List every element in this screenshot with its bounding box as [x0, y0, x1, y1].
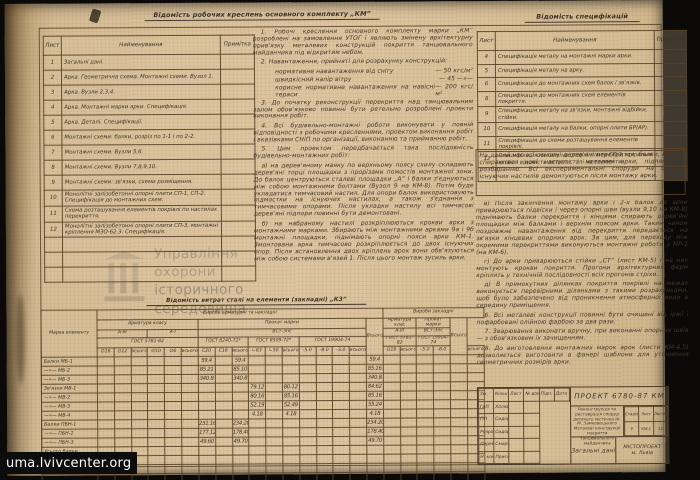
note-paragraph: 7. Зварювання виконати вручну, при викон… [477, 328, 689, 343]
cell [221, 114, 255, 129]
cell: Дата [554, 388, 569, 401]
cell: 80.12 [282, 383, 299, 392]
cell: 80.16 [249, 392, 266, 401]
cell [97, 375, 114, 384]
cell: Лист [639, 407, 653, 422]
cell [316, 419, 333, 428]
cell [467, 373, 484, 382]
cell: Монтажні схеми: Вузли 5,6. [62, 144, 221, 160]
cell [316, 464, 333, 473]
cell: 231.16 [198, 420, 215, 429]
cell: Монтажні схеми: Вузли 7,8,9,10. [62, 159, 221, 175]
cell [131, 366, 148, 375]
cell [384, 454, 401, 463]
cell [333, 383, 350, 392]
table-row [45, 266, 256, 282]
cell: 234.20 [232, 419, 249, 428]
cell [232, 401, 249, 410]
cell [383, 418, 400, 427]
col-note: Примітка [654, 30, 686, 49]
cell [299, 410, 316, 419]
cell [283, 473, 300, 480]
cell: Специфікація металу на зв'язки, монтажні… [496, 106, 655, 123]
cell: Балки МБ-1 [41, 357, 97, 366]
size-col: ∟50 [265, 347, 282, 356]
cell [265, 365, 282, 374]
cell: 12 [44, 222, 62, 238]
cell [216, 474, 233, 480]
cell [198, 393, 215, 402]
cell [400, 418, 417, 427]
cell: Кільк. [494, 388, 509, 401]
cell [655, 90, 687, 106]
cell [63, 251, 222, 267]
title-block: Зм.Кільк.Лист№ док.Підп.Дата ГАПХолявкаГ… [477, 386, 669, 465]
title-block-right: ПРОЕКТ 6780-87 КМ Реконструкція та реста… [571, 387, 668, 464]
cell: 178.40 [232, 428, 249, 437]
cell [216, 456, 233, 465]
cell: Сидорова [494, 413, 509, 426]
cell [450, 373, 467, 382]
cell [299, 428, 316, 437]
cell [221, 189, 255, 205]
cell [114, 366, 131, 375]
cell [114, 375, 131, 384]
cell [451, 409, 468, 418]
cell [249, 437, 266, 446]
cell [221, 129, 255, 144]
size-col: всього [232, 347, 249, 356]
table-row: 4Арка. Монтажні марки арки. Специфікація… [44, 99, 255, 115]
cell [451, 418, 468, 427]
cell [266, 392, 283, 401]
cell [383, 400, 400, 409]
table-row: 11Схема розташування елементів покрівлі … [44, 205, 255, 222]
cell: 177.12 [199, 429, 216, 438]
cell [215, 420, 232, 429]
cell [350, 428, 367, 437]
cell [165, 384, 182, 393]
cell [384, 436, 401, 445]
note-paragraph: 8. До виготовлення монтажних марок арок … [477, 344, 689, 366]
table-row: 2Арка. Геометрична схема. Монтажні схеми… [43, 69, 254, 85]
table-row: РКМ-112 [625, 421, 668, 436]
table-row: 12Монолітні залізобетонні опорні плити С… [44, 220, 255, 237]
cell [182, 465, 199, 474]
cell [165, 438, 182, 447]
cell [115, 474, 132, 480]
hdr-arm-class: Арматура класу [97, 319, 198, 330]
cell [524, 451, 539, 464]
cell: Арка. Монтажні марки арки. Специфікація. [62, 99, 221, 115]
cell: 178.40 [367, 428, 384, 437]
cell [221, 84, 255, 99]
cell: Лист [509, 388, 524, 401]
table-row: Н. контр.Присяжнюк [479, 451, 570, 464]
cell [655, 121, 687, 135]
cell [299, 383, 316, 392]
cell [114, 402, 131, 411]
logo-base [104, 296, 144, 301]
table-row: 1Загальні дані. [43, 54, 254, 70]
cell [655, 76, 687, 90]
cell [417, 472, 434, 480]
note-paragraph: б) на набраному настилі розкріплюються к… [254, 220, 474, 263]
cell [467, 364, 484, 373]
cell: 49.70 [232, 437, 249, 446]
cell [222, 251, 256, 266]
cell [417, 355, 434, 364]
cell [221, 159, 255, 174]
cell [316, 392, 333, 401]
cell [434, 391, 451, 400]
table-row: 6Монтажні схеми: балки, розріз по 1-1 і … [44, 129, 255, 145]
cell [199, 456, 216, 465]
col-name: Найменування [61, 35, 220, 55]
table-row: 10Специфікація металу на балки, опорні п… [478, 121, 687, 136]
cell [524, 401, 539, 414]
cell [333, 437, 350, 446]
paper-sheet: Управління охорони історичного середовищ… [5, 0, 666, 476]
size-col: всього [181, 348, 198, 357]
cell: 4.18 [249, 410, 266, 419]
hdr-z-prokat: Прокат марки [416, 318, 450, 328]
cell [433, 355, 450, 364]
size-col: всього [131, 348, 148, 357]
cell [509, 401, 524, 414]
note-paragraph: 3. До початку реконструкції перекриття н… [253, 99, 473, 121]
cell [316, 356, 333, 365]
stage-table: СтадіяЛистЛистівРКМ-112 [624, 406, 668, 436]
hdr-total: Всього [366, 318, 383, 355]
cell: 8 [478, 91, 496, 107]
sheet-title: Загальні дані [571, 437, 615, 463]
cell: Арка. Вузли 2,3,4. [62, 84, 221, 100]
cell: 52.49 [282, 401, 299, 410]
scan-smudge [89, 8, 102, 23]
cell [299, 392, 316, 401]
cell: Підп. [539, 388, 554, 401]
cell: КМ-1 [639, 421, 653, 436]
cell: —»— МВ-3 [42, 402, 98, 411]
cell [216, 465, 233, 474]
cell [232, 464, 249, 473]
cell [350, 437, 367, 446]
cell [148, 366, 165, 375]
cell [131, 420, 148, 429]
note-paragraph: 6. Всі металеві конструкції повинні бути… [476, 312, 688, 327]
cell [148, 402, 165, 411]
cell [221, 99, 255, 114]
cell [249, 473, 266, 480]
hdr-z-vst: ВСт-3пс [416, 328, 450, 336]
col-sheet: Лист [43, 36, 61, 55]
table-row: 8Монтажні схеми: Вузли 7,8,9,10. [44, 159, 255, 175]
cell [655, 106, 687, 122]
cell [165, 402, 182, 411]
cell [400, 427, 417, 436]
cell [98, 474, 115, 480]
cell [654, 49, 686, 63]
cell [182, 393, 199, 402]
cell [198, 384, 215, 393]
cell: 85.16 [282, 392, 299, 401]
cell: Холявка [494, 401, 509, 414]
cell [299, 401, 316, 410]
drawings-list-table: Лист Найменування Примітка 1Загальні дан… [43, 34, 257, 283]
cell [300, 455, 317, 464]
cell [434, 472, 451, 480]
cell [400, 436, 417, 445]
cell [232, 455, 249, 464]
table-row: 5Специфікація металу на арку. [477, 63, 686, 78]
cell [333, 473, 350, 480]
cell [220, 54, 254, 69]
cell: 340.8 [198, 375, 215, 384]
cell [350, 392, 367, 401]
group-embedded: Вироби закладні [383, 308, 484, 319]
cell [114, 357, 131, 366]
cell [400, 400, 417, 409]
cell: 340.8 [232, 374, 249, 383]
cell: Листів [653, 406, 667, 421]
cell [434, 445, 451, 454]
cell: 5 [44, 115, 62, 130]
cell [148, 465, 165, 474]
cell [434, 418, 451, 427]
cell: 4 [477, 51, 495, 65]
hdr-gost-8509: ГОСТ 8509-72* [248, 337, 298, 347]
cell: 85.16 [366, 392, 383, 401]
organization-city: м. Львів [631, 450, 653, 456]
load-value: — 45 —»— [439, 76, 473, 83]
cell [165, 420, 182, 429]
cell: —»— МВ-4 [42, 411, 98, 420]
cell [266, 446, 283, 455]
cell [132, 474, 149, 480]
cell [266, 419, 283, 428]
cell [249, 356, 266, 365]
cell [367, 464, 384, 473]
cell [283, 464, 300, 473]
cell [222, 266, 256, 281]
cell [249, 374, 266, 383]
cell [63, 266, 222, 282]
table-row: 6Специфікація до монтажних схем балок і … [478, 76, 687, 91]
cell [316, 401, 333, 410]
cell: 2 [43, 70, 61, 85]
table-row: ПеревіривСмирнова [479, 438, 570, 451]
table-row: ГІПСидорова [479, 413, 570, 426]
cell [181, 357, 198, 366]
size-col: всього [467, 346, 484, 355]
cell [316, 365, 333, 374]
cell: 4 [44, 100, 62, 115]
cell: ГАП [478, 401, 493, 414]
cell [266, 437, 283, 446]
cell [215, 411, 232, 420]
cell [165, 456, 182, 465]
cell [400, 355, 417, 364]
hdr-z-class: Арматура клас [383, 318, 417, 328]
table-row [45, 251, 256, 267]
hdr-gost-19904: ГОСТ 19904-74 [299, 336, 366, 347]
cell: № док. [524, 388, 539, 401]
cell [417, 391, 434, 400]
load-value: — 50 кгс/м² [435, 68, 473, 75]
cell [265, 374, 282, 383]
cell [97, 393, 114, 402]
cell [114, 420, 131, 429]
load-label: нормативне навантаження від снігу [275, 68, 394, 76]
cell [114, 429, 131, 438]
cell: 85.10 [232, 365, 249, 374]
cell [215, 393, 232, 402]
cell [165, 411, 182, 420]
cell [221, 205, 255, 221]
cell: 10 [478, 123, 496, 137]
size-col: всього [400, 346, 417, 355]
cell [215, 384, 232, 393]
header-row: Лист Найменування Примітка [43, 35, 254, 55]
size-col: ∅6 [164, 348, 181, 357]
cell [417, 382, 434, 391]
note-paragraph: 2. Навантаження, прийняті для розрахунку… [253, 58, 473, 66]
cell [221, 220, 255, 236]
size-col: -3.0 [333, 347, 350, 356]
cell [524, 438, 539, 451]
table-row: 9Монтажні схеми: зв'язки, схеми розміщен… [44, 174, 255, 190]
cell [114, 384, 131, 393]
cell [417, 418, 434, 427]
title-block-bottom: Загальні дані МІСТОПРОЕКТ м. Львів [571, 437, 668, 464]
cell [450, 355, 467, 364]
cell [199, 447, 216, 456]
note-paragraph: 1. Робочі креслення основного комплекту … [253, 28, 473, 57]
cell [417, 463, 434, 472]
size-col: -5.0 [417, 346, 434, 355]
cell [300, 464, 317, 473]
cell [333, 428, 350, 437]
cell: —»— МВ-2 [41, 393, 97, 402]
cell [333, 446, 350, 455]
cell [131, 411, 148, 420]
cell: Смирнова [494, 438, 509, 451]
cell [165, 447, 182, 456]
cell [148, 375, 165, 384]
cell: 84.62 [366, 383, 383, 392]
cell: 85.16 [366, 365, 383, 374]
size-col: всього [282, 347, 299, 356]
cell [509, 438, 524, 451]
cell [98, 420, 115, 429]
cell [181, 366, 198, 375]
cell [417, 373, 434, 382]
cell: 8 [44, 160, 62, 175]
cell: 59.4 [198, 357, 215, 366]
cell [182, 474, 199, 480]
size-col: ∅10 [148, 348, 165, 357]
cell [654, 63, 686, 77]
cell [220, 69, 254, 84]
cell [249, 464, 266, 473]
cell [131, 375, 148, 384]
signature-block: Зм.Кільк.Лист№ док.Підп.Дата ГАПХолявкаГ… [478, 388, 571, 465]
cell [417, 436, 434, 445]
cell [215, 447, 232, 456]
cell [333, 410, 350, 419]
cell [182, 447, 199, 456]
cell [333, 455, 350, 464]
cell: Балки ПБН-1 [42, 420, 98, 429]
note-paragraph: 4. Всі будівельно-монтажні роботи викону… [253, 122, 473, 144]
cell [333, 419, 350, 428]
size-col: ∅16 [383, 346, 400, 355]
table-row: 4Специфікація металу на монтажні марки а… [477, 49, 686, 64]
size-col: -5.0 [299, 347, 316, 356]
cell: 12 [653, 421, 667, 436]
cell [283, 446, 300, 455]
cell [215, 438, 232, 447]
cell [215, 429, 232, 438]
cell: Монолітні залізобетонні опорні плити СП-… [62, 221, 221, 238]
cell [384, 463, 401, 472]
cell: Специфікація до монтажних схем елементів… [496, 90, 655, 107]
cell: Зм. [478, 389, 493, 402]
cell [266, 473, 283, 480]
cell [316, 473, 333, 480]
cell [148, 357, 165, 366]
table-row: СтадіяЛистЛистів [625, 406, 668, 421]
cell [451, 436, 468, 445]
cell [350, 446, 367, 455]
cell [165, 393, 182, 402]
cell [350, 374, 367, 383]
paper-fold-edge [5, 4, 42, 476]
cell [232, 446, 249, 455]
cell [131, 393, 148, 402]
cell: 49.70 [367, 437, 384, 446]
cell [451, 463, 468, 472]
cell: 340.8 [366, 374, 383, 383]
cell: 10 [44, 190, 62, 206]
cell [400, 445, 417, 454]
cell [383, 391, 400, 400]
cell: Специфікація до монтажних схем балок і з… [496, 77, 655, 91]
cell [450, 364, 467, 373]
cell [221, 174, 255, 189]
cell [333, 401, 350, 410]
cell: 49.60 [199, 438, 216, 447]
cell: 234.20 [367, 419, 384, 428]
cell [333, 356, 350, 365]
cell: Монтажні схеми: балки, розріз по 1-1 і п… [62, 129, 221, 145]
cell [148, 447, 165, 456]
object-description: Реконструкція та реставрація споруд дитя… [571, 406, 623, 436]
cell: 7 [44, 145, 62, 160]
cell [350, 419, 367, 428]
cell [266, 455, 283, 464]
cell: 59.4 [366, 356, 383, 365]
cell: 1 [43, 55, 61, 70]
note-paragraph: г) До арки приварюються стійки „СТ” (лис… [476, 258, 688, 280]
cell [417, 454, 434, 463]
cell [451, 454, 468, 463]
cell: Монолітні залізобетонні опорні плити СП-… [62, 189, 221, 206]
table-row: 3Арка. Вузли 2,3,4. [44, 84, 255, 100]
cell [333, 392, 350, 401]
cell: 9 [44, 175, 62, 190]
